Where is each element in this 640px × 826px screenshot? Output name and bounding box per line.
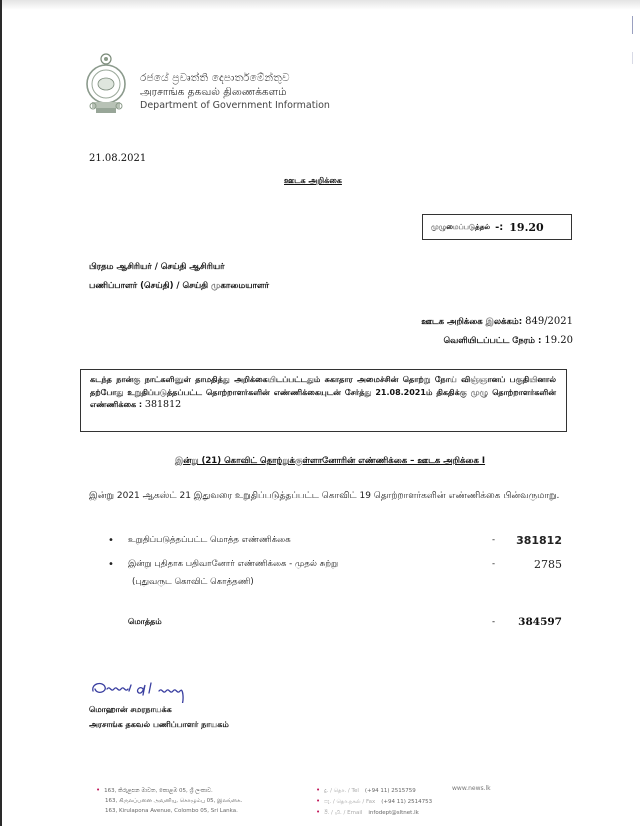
document-date: 21.08.2021 xyxy=(89,153,146,164)
department-name-sinhala: රජයේ ප්‍රවෘත්ති දෙපාර්තමේන්තුව xyxy=(140,71,330,85)
embargo-label: முழுமைப்படுத்தல் xyxy=(431,223,490,232)
reference-value: 849/2021 xyxy=(525,316,573,327)
department-name: රජයේ ප්‍රවෘත්ති දෙපාර්තමේන්තුව அரசாங்க த… xyxy=(140,71,330,113)
footer-contacts: •දු. / தொ. / Tel(+94 11) 2515759 •ෆැ. / … xyxy=(316,785,432,818)
release-time-label: வெளியிடப்பட்ட நேரம் : xyxy=(444,336,542,346)
emblem-icon xyxy=(84,52,128,116)
address-line: 163, Kirulapona Avenue, Colombo 05, Sri … xyxy=(96,806,242,816)
signer-name: மொஹான் சமரநாயக்க xyxy=(89,705,172,715)
email-address: infodept@sltnet.lk xyxy=(368,810,418,816)
embargo-time: 19.20 xyxy=(509,221,543,234)
bullet-icon: • xyxy=(96,786,100,794)
department-name-english: Department of Government Information xyxy=(140,99,330,113)
addressee-line: பணிப்பாளர் (செய்தி) / செய்தி முகாமையாளர் xyxy=(89,281,269,292)
summary-box: கடந்த நான்கு நாட்களினுள் தாமதித்து அறிக்… xyxy=(80,369,567,432)
section-heading: இன்று (21) கொவிட் தொற்றுக்குள்ளானோரின் எ… xyxy=(90,456,570,467)
contact-key: දු. / தொ. / Tel xyxy=(324,788,359,794)
addressee-line: பிரதம ஆசிரியர் / செய்தி ஆசிரியர் xyxy=(89,262,225,273)
total-dash: - xyxy=(492,617,495,627)
document-title: ஊடக அறிக்கை xyxy=(284,176,342,186)
address-line: 163, கிருலப்பனை அவனியு, கொழும்பு 05, இலங… xyxy=(96,796,242,806)
phone-number: (+94 11) 2515759 xyxy=(365,788,416,794)
fax-number: (+94 11) 2514753 xyxy=(381,799,432,805)
footer-address: •163, කිරුළපන මාවත, කොළඹ 05, ශ්‍රී ලංකාව… xyxy=(96,785,242,816)
bullet-icon: • xyxy=(108,559,114,570)
stat-value: 2785 xyxy=(534,558,562,571)
stat-sublabel: (புதுவருட கொவிட் கொத்தணி) xyxy=(132,577,254,588)
stat-label: இன்று புதிதாக பதிவானோர் எண்ணிக்கை - முதல… xyxy=(128,559,338,570)
fax-icon: • xyxy=(316,797,320,805)
signer-title: அரசாங்க தகவல் பணிப்பாளர் நாயகம் xyxy=(89,720,229,730)
viewer-left-edge xyxy=(0,0,2,826)
contact-key: ඊ. / மி. / Email xyxy=(324,810,362,816)
stat-dash: - xyxy=(492,559,495,569)
address-line: 163, කිරුළපන මාවත, කොළඹ 05, ශ්‍රී ලංකාව. xyxy=(104,788,213,794)
phone-icon: • xyxy=(316,786,320,794)
total-value: 384597 xyxy=(518,616,562,628)
embargo-separator: -: xyxy=(495,222,503,233)
bullet-icon: • xyxy=(108,535,114,546)
stat-dash: - xyxy=(492,535,495,545)
contact-key: ෆැ. / தொ.நகல் / Fax xyxy=(324,799,375,805)
release-time-value: 19.20 xyxy=(544,335,573,346)
embargo-box: முழுமைப்படுத்தல் -: 19.20 xyxy=(422,214,572,240)
email-icon: • xyxy=(316,808,320,816)
stat-value: 381812 xyxy=(516,534,562,547)
scroll-indicator-secondary xyxy=(632,52,633,64)
total-label: மொத்தம் xyxy=(128,617,162,627)
viewer-top-shadow xyxy=(0,0,640,10)
reference-label: ஊடக அறிக்கை இலக்கம்: xyxy=(421,317,522,327)
summary-number: 381812 xyxy=(145,399,181,410)
reference-number: ஊடக அறிக்கை இலக்கம்: 849/2021 xyxy=(421,316,573,328)
intro-paragraph: இன்று 2021 ஆகஸ்ட் 21 இதுவரை உறுதிப்படுத்… xyxy=(89,487,569,505)
department-name-tamil: அரசாங்க தகவல் திணைக்களம் xyxy=(140,85,330,99)
stat-label: உறுதிப்படுத்தப்பட்ட மொத்த எண்ணிக்கை xyxy=(128,535,291,546)
website-link[interactable]: www.news.lk xyxy=(452,784,491,794)
signature-icon xyxy=(89,675,229,703)
release-time: வெளியிடப்பட்ட நேரம் : 19.20 xyxy=(444,335,573,347)
scroll-indicator[interactable] xyxy=(632,16,633,34)
